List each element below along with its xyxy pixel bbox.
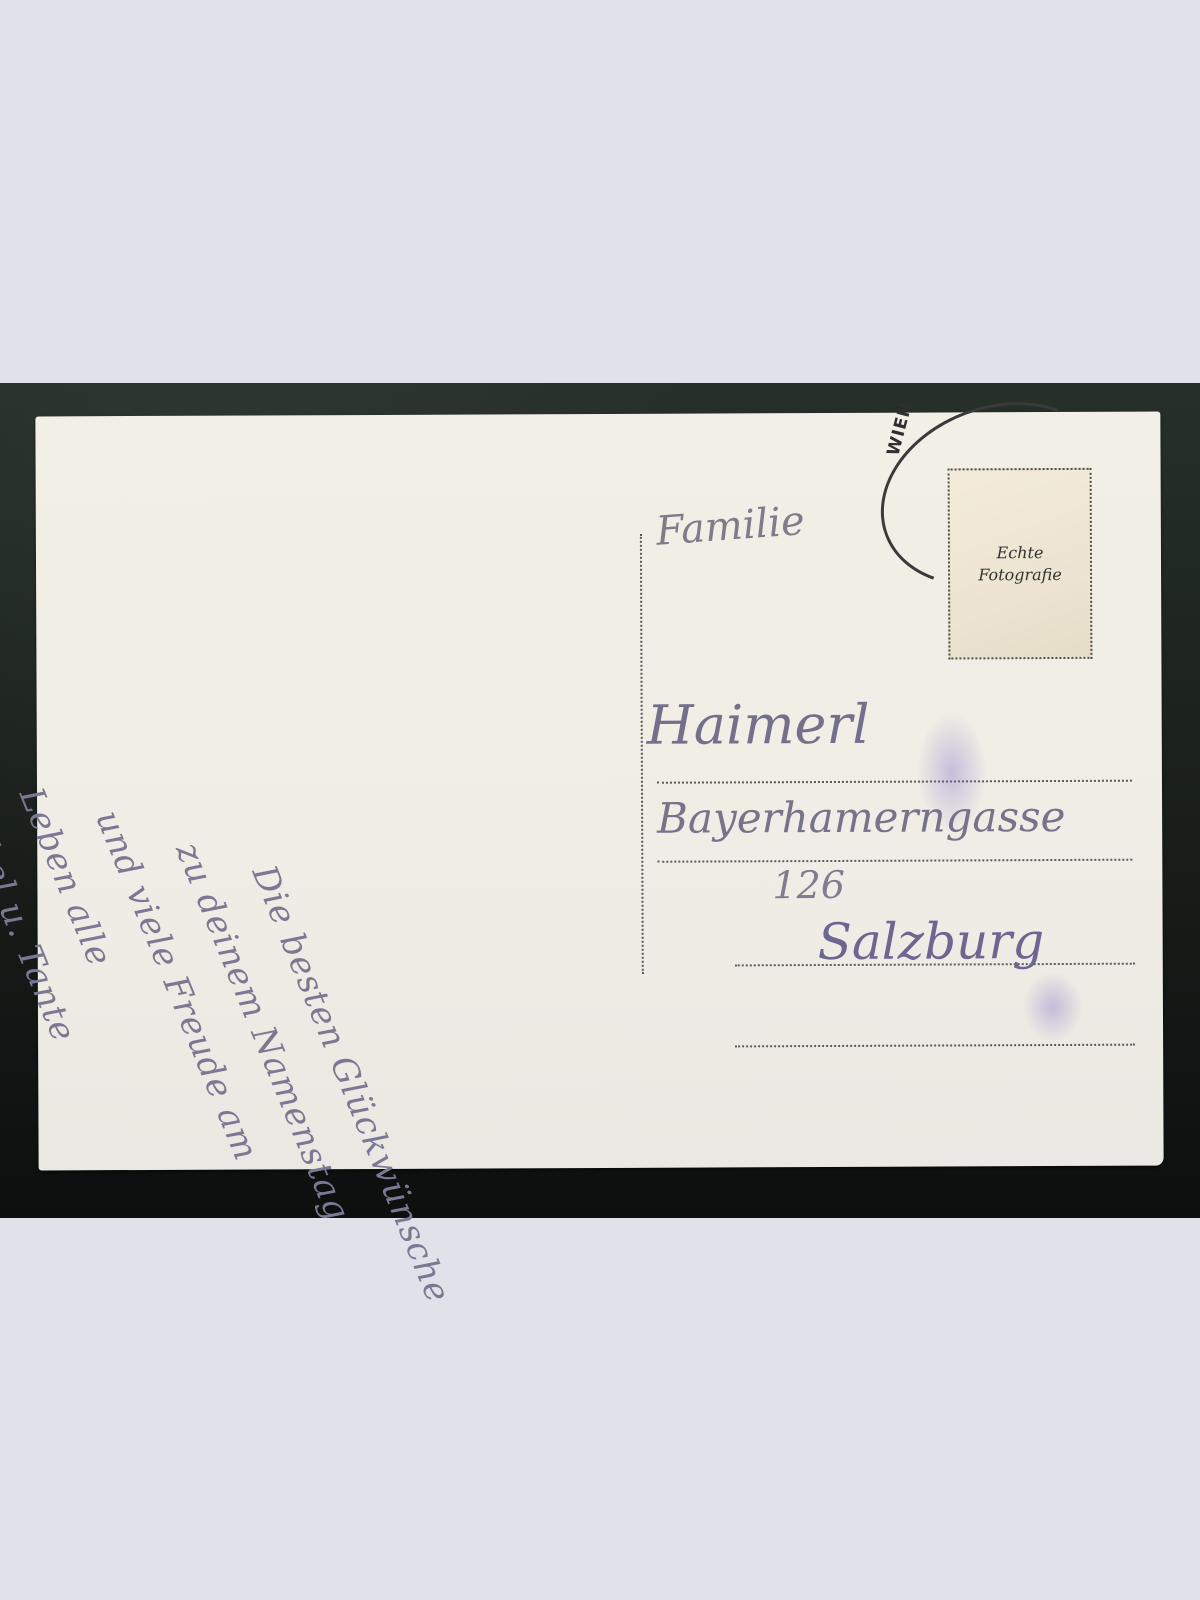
handwritten-recipient: Familie xyxy=(654,498,806,555)
ink-smudge xyxy=(1023,972,1083,1042)
handwritten-street: Bayerhamerngasse xyxy=(657,792,1066,843)
handwritten-house-number: 126 xyxy=(772,863,845,907)
address-line-4 xyxy=(735,1044,1135,1048)
postcard: WIEN Echte Fotografie Familie Haimerl Ba… xyxy=(35,412,1163,1171)
address-line-2 xyxy=(657,859,1132,863)
stamp-label-line2: Fotografie xyxy=(978,563,1062,585)
handwritten-name: Haimerl xyxy=(647,693,870,757)
handwritten-city: Salzburg xyxy=(818,912,1045,971)
ink-smudge xyxy=(917,712,988,832)
stamp-label-line1: Echte xyxy=(996,542,1043,564)
dotted-divider xyxy=(640,534,644,974)
stamp-box: Echte Fotografie xyxy=(948,468,1093,660)
address-line-1 xyxy=(657,780,1132,784)
handwritten-message: Die besten Glückwünsche zu deinem Namens… xyxy=(0,476,468,1430)
